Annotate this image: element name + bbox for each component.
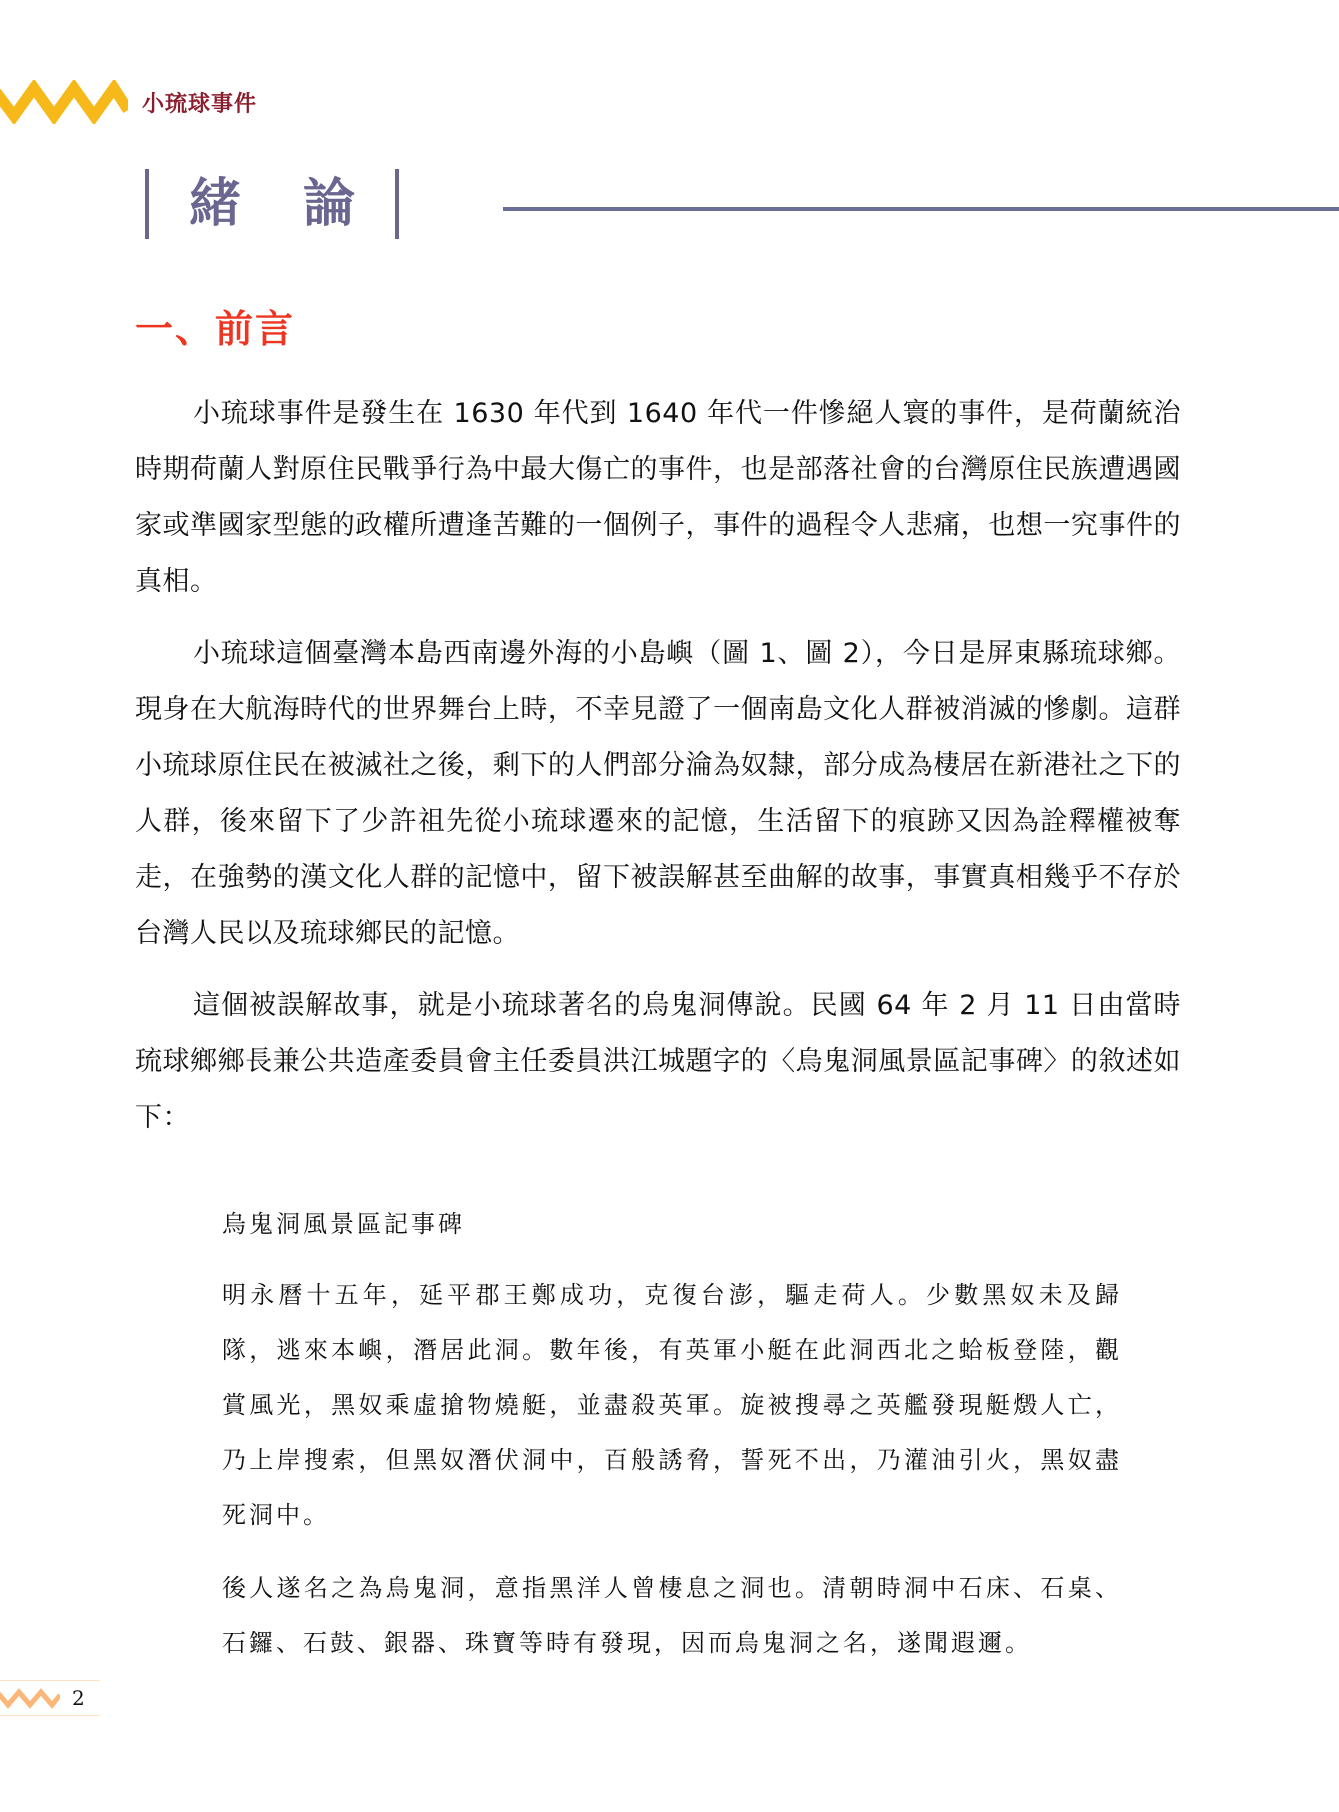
running-title: 小琉球事件 <box>142 87 257 118</box>
chapter-divider <box>503 207 1339 211</box>
paragraph: 小琉球這個臺灣本島西南邊外海的小島嶼（圖 1、圖 2），今日是屏東縣琉球鄉。現身… <box>135 626 1181 962</box>
paragraph: 小琉球事件是發生在 1630 年代到 1640 年代一件慘絕人寰的事件，是荷蘭統… <box>135 386 1181 610</box>
quote-paragraph: 後人遂名之為烏鬼洞，意指黑洋人曾棲息之洞也。清朝時洞中石床、石桌、石鑼、石鼓、銀… <box>222 1561 1122 1671</box>
section-heading: 一、前言 <box>135 298 295 353</box>
paragraph: 這個被誤解故事，就是小琉球著名的烏鬼洞傳說。民國 64 年 2 月 11 日由當… <box>135 978 1181 1146</box>
quote-title: 烏鬼洞風景區記事碑 <box>222 1196 1122 1252</box>
quote-paragraph: 明永曆十五年，延平郡王鄭成功，克復台澎，驅走荷人。少數黑奴未及歸隊，逃來本嶼，潛… <box>222 1268 1122 1543</box>
running-header: 小琉球事件 <box>0 72 257 132</box>
block-quote: 烏鬼洞風景區記事碑 明永曆十五年，延平郡王鄭成功，克復台澎，驅走荷人。少數黑奴未… <box>222 1196 1122 1689</box>
zigzag-logo-icon <box>0 80 128 124</box>
chapter-title: 緒論 <box>145 168 399 240</box>
page-footer: 2 <box>0 1680 85 1716</box>
chapter-title-text: 緒論 <box>189 178 417 230</box>
body-text: 小琉球事件是發生在 1630 年代到 1640 年代一件慘絕人寰的事件，是荷蘭統… <box>135 386 1181 1162</box>
zigzag-footer-icon <box>0 1687 60 1709</box>
page-number: 2 <box>72 1686 85 1710</box>
chapter-bar-right <box>395 169 399 239</box>
chapter-bar-left <box>145 169 149 239</box>
